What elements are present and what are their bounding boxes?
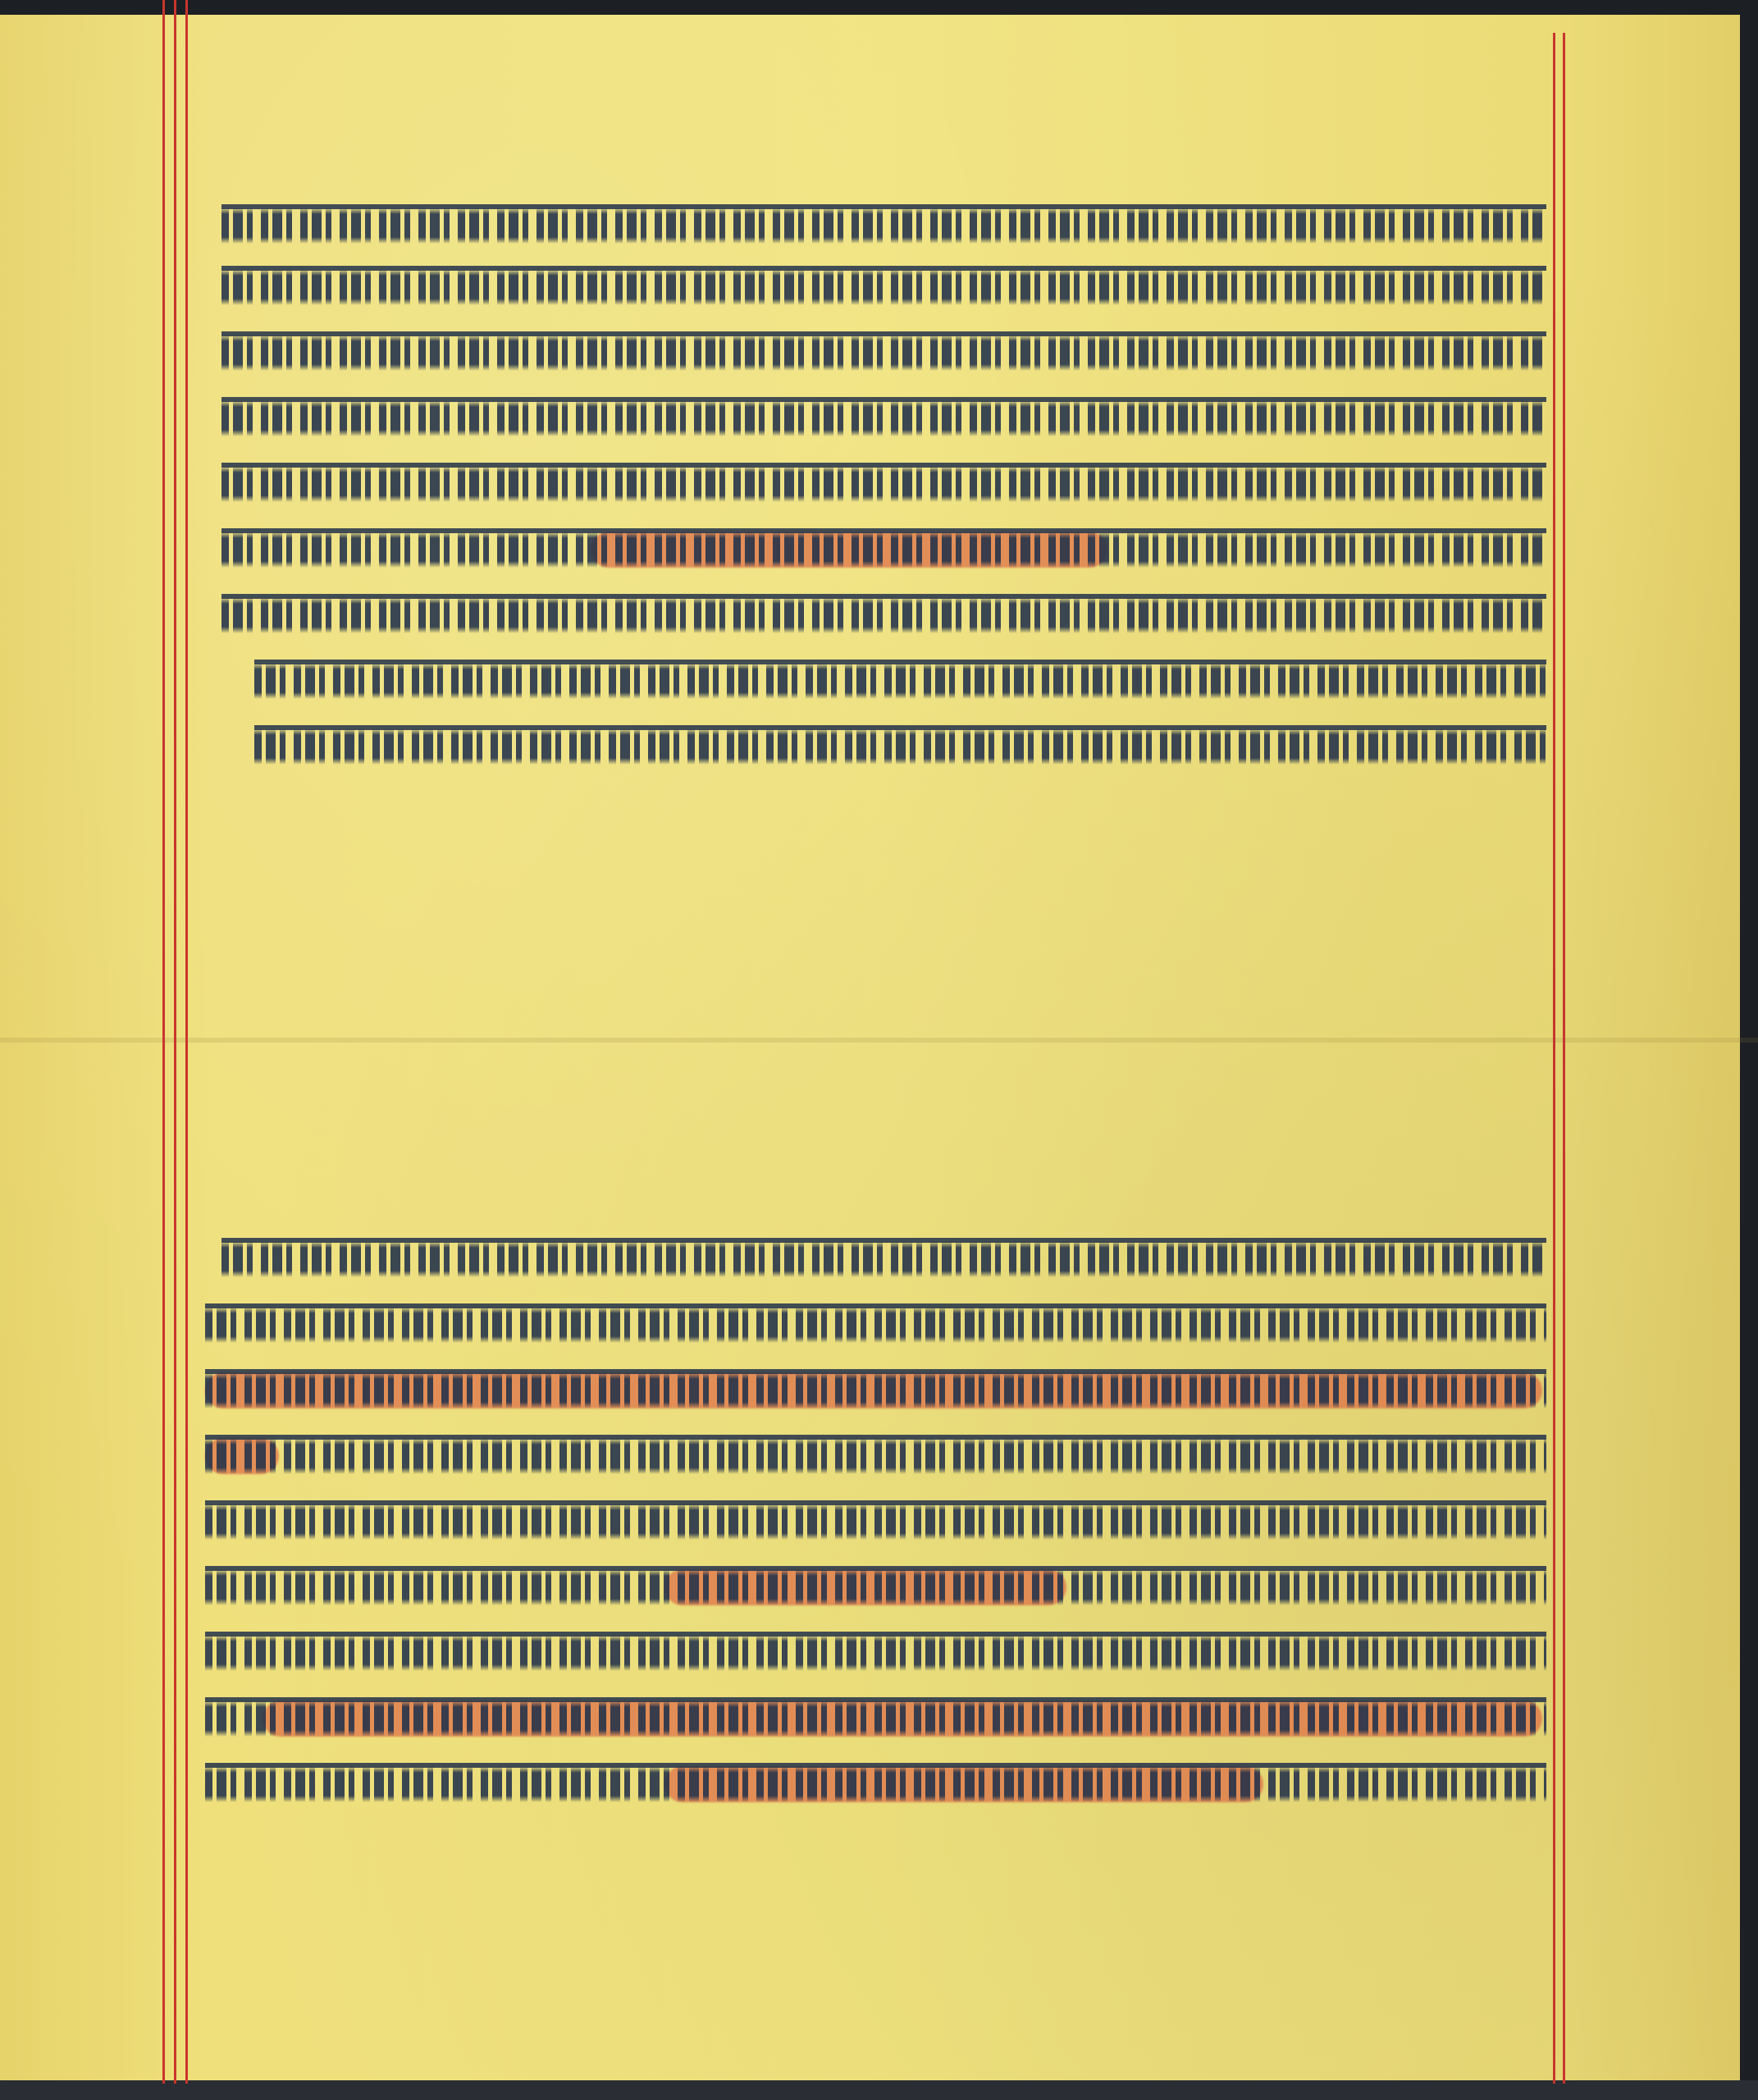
- manuscript-text-line: [221, 328, 1546, 377]
- margin-rule-right: [1553, 33, 1555, 2084]
- background-bottom: [0, 2080, 1758, 2100]
- manuscript-text-line: [205, 1628, 1546, 1678]
- manuscript-text-line: [205, 1366, 1546, 1415]
- manuscript-photo: [0, 0, 1758, 2100]
- manuscript-text-line: [205, 1300, 1546, 1349]
- manuscript-text-line: [221, 591, 1546, 640]
- manuscript-text-line: [221, 459, 1546, 509]
- manuscript-text-line: [221, 394, 1546, 443]
- paper-fold: [0, 1038, 1758, 1043]
- margin-rule-right: [1563, 33, 1565, 2084]
- manuscript-text-line: [221, 1235, 1546, 1284]
- manuscript-text-line: [221, 525, 1546, 574]
- manuscript-text-line: [221, 262, 1546, 312]
- manuscript-text-line: [205, 1760, 1546, 1809]
- margin-rule-left: [174, 0, 176, 2084]
- manuscript-text-line: [254, 722, 1546, 771]
- manuscript-text-line: [205, 1497, 1546, 1546]
- margin-rule-left: [185, 0, 188, 2084]
- manuscript-text-line: [205, 1563, 1546, 1612]
- manuscript-text-line: [205, 1431, 1546, 1481]
- background-right: [1740, 0, 1758, 2100]
- background-top: [0, 0, 1758, 15]
- margin-rule-left: [162, 0, 165, 2084]
- manuscript-text-line: [221, 201, 1546, 250]
- manuscript-text-line: [254, 656, 1546, 705]
- manuscript-text-line: [205, 1694, 1546, 1743]
